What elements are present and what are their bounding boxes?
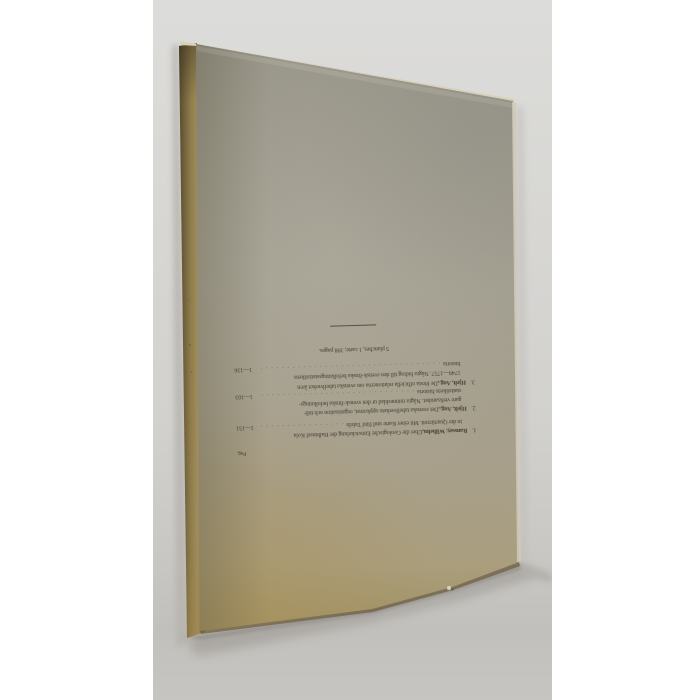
- toc-entry-number: 3.: [466, 376, 475, 385]
- edge-chip: [447, 586, 451, 590]
- spine-speck: [191, 371, 193, 373]
- page-range: 1—151: [236, 422, 258, 432]
- spine-speck: [188, 299, 190, 301]
- page-range: 1—136: [234, 364, 256, 374]
- spine-speck: [189, 344, 191, 346]
- table-of-contents: Pag. 1.Ramsay, Wilhelm, Über die Geologi…: [233, 314, 477, 457]
- toc-author: Hjelt, Aug.,: [438, 377, 466, 387]
- toc-author: Ramsay, Wilhelm,: [422, 425, 467, 435]
- toc-title-continuation: historia: [443, 358, 460, 368]
- toc-author: Hjelt, Aug.,: [438, 403, 466, 413]
- book-photo: Pag. 1.Ramsay, Wilhelm, Über die Geologi…: [153, 0, 552, 700]
- toc-entry-number: 1.: [467, 424, 476, 433]
- volume-summary: 5 planches, 1 carte; 398 pages.: [234, 340, 474, 356]
- edge-speck: [451, 588, 453, 590]
- toc-entry-number: 2.: [467, 402, 476, 411]
- divider-rule: [330, 324, 376, 327]
